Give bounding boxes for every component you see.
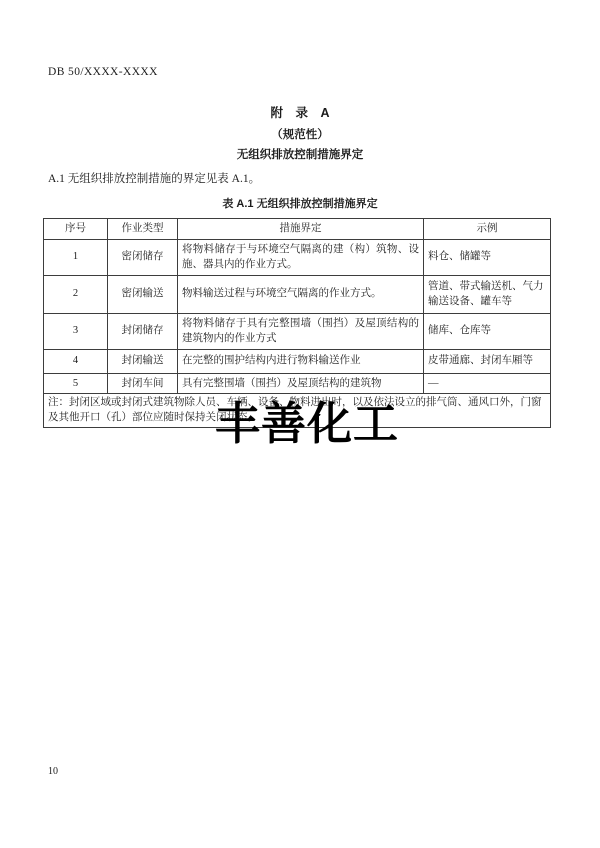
col-header-definition: 措施界定 xyxy=(178,219,424,240)
clause-a1: A.1 无组织排放控制措施的界定见表 A.1。 xyxy=(48,170,260,186)
col-header-no: 序号 xyxy=(44,219,108,240)
cell-type: 密闭储存 xyxy=(108,239,178,275)
table-row: 3 封闭储存 将物料储存于具有完整围墙（围挡）及屋顶结构的建筑物内的作业方式 储… xyxy=(44,313,551,349)
cell-example: 料仓、储罐等 xyxy=(424,239,551,275)
table-caption: 表 A.1 无组织排放控制措施界定 xyxy=(0,195,600,211)
appendix-heading: 无组织排放控制措施界定 xyxy=(0,146,600,162)
measures-table: 序号 作业类型 措施界定 示例 1 密闭储存 将物料储存于与环境空气隔离的建（构… xyxy=(43,218,551,428)
cell-example: 管道、带式输送机、气力输送设备、罐车等 xyxy=(424,275,551,313)
table-row: 5 封闭车间 具有完整围墙（围挡）及屋顶结构的建筑物 — xyxy=(44,373,551,394)
appendix-title: 附 录 A xyxy=(0,103,600,121)
cell-no: 5 xyxy=(44,373,108,394)
cell-type: 封闭输送 xyxy=(108,349,178,373)
table-row: 1 密闭储存 将物料储存于与环境空气隔离的建（构）筑物、设施、器具内的作业方式。… xyxy=(44,239,551,275)
table-row: 2 密闭输送 物料输送过程与环境空气隔离的作业方式。 管道、带式输送机、气力输送… xyxy=(44,275,551,313)
cell-no: 1 xyxy=(44,239,108,275)
doc-number: DB 50/XXXX-XXXX xyxy=(48,66,158,78)
table-header-row: 序号 作业类型 措施界定 示例 xyxy=(44,219,551,240)
cell-no: 2 xyxy=(44,275,108,313)
page-number: 10 xyxy=(48,766,58,777)
cell-definition: 将物料储存于具有完整围墙（围挡）及屋顶结构的建筑物内的作业方式 xyxy=(178,313,424,349)
cell-no: 3 xyxy=(44,313,108,349)
cell-example: — xyxy=(424,373,551,394)
cell-definition: 物料输送过程与环境空气隔离的作业方式。 xyxy=(178,275,424,313)
cell-example: 储库、仓库等 xyxy=(424,313,551,349)
cell-type: 封闭车间 xyxy=(108,373,178,394)
col-header-example: 示例 xyxy=(424,219,551,240)
cell-type: 密闭输送 xyxy=(108,275,178,313)
table-row: 4 封闭输送 在完整的围护结构内进行物料输送作业 皮带通廊、封闭车厢等 xyxy=(44,349,551,373)
cell-definition: 将物料储存于与环境空气隔离的建（构）筑物、设施、器具内的作业方式。 xyxy=(178,239,424,275)
cell-type: 封闭储存 xyxy=(108,313,178,349)
appendix-subtitle: （规范性） xyxy=(0,126,600,142)
cell-definition: 在完整的围护结构内进行物料输送作业 xyxy=(178,349,424,373)
document-page: DB 50/XXXX-XXXX 附 录 A （规范性） 无组织排放控制措施界定 … xyxy=(0,0,600,848)
cell-no: 4 xyxy=(44,349,108,373)
cell-example: 皮带通廊、封闭车厢等 xyxy=(424,349,551,373)
col-header-type: 作业类型 xyxy=(108,219,178,240)
watermark-text: 丰善化工 xyxy=(215,401,399,446)
cell-definition: 具有完整围墙（围挡）及屋顶结构的建筑物 xyxy=(178,373,424,394)
